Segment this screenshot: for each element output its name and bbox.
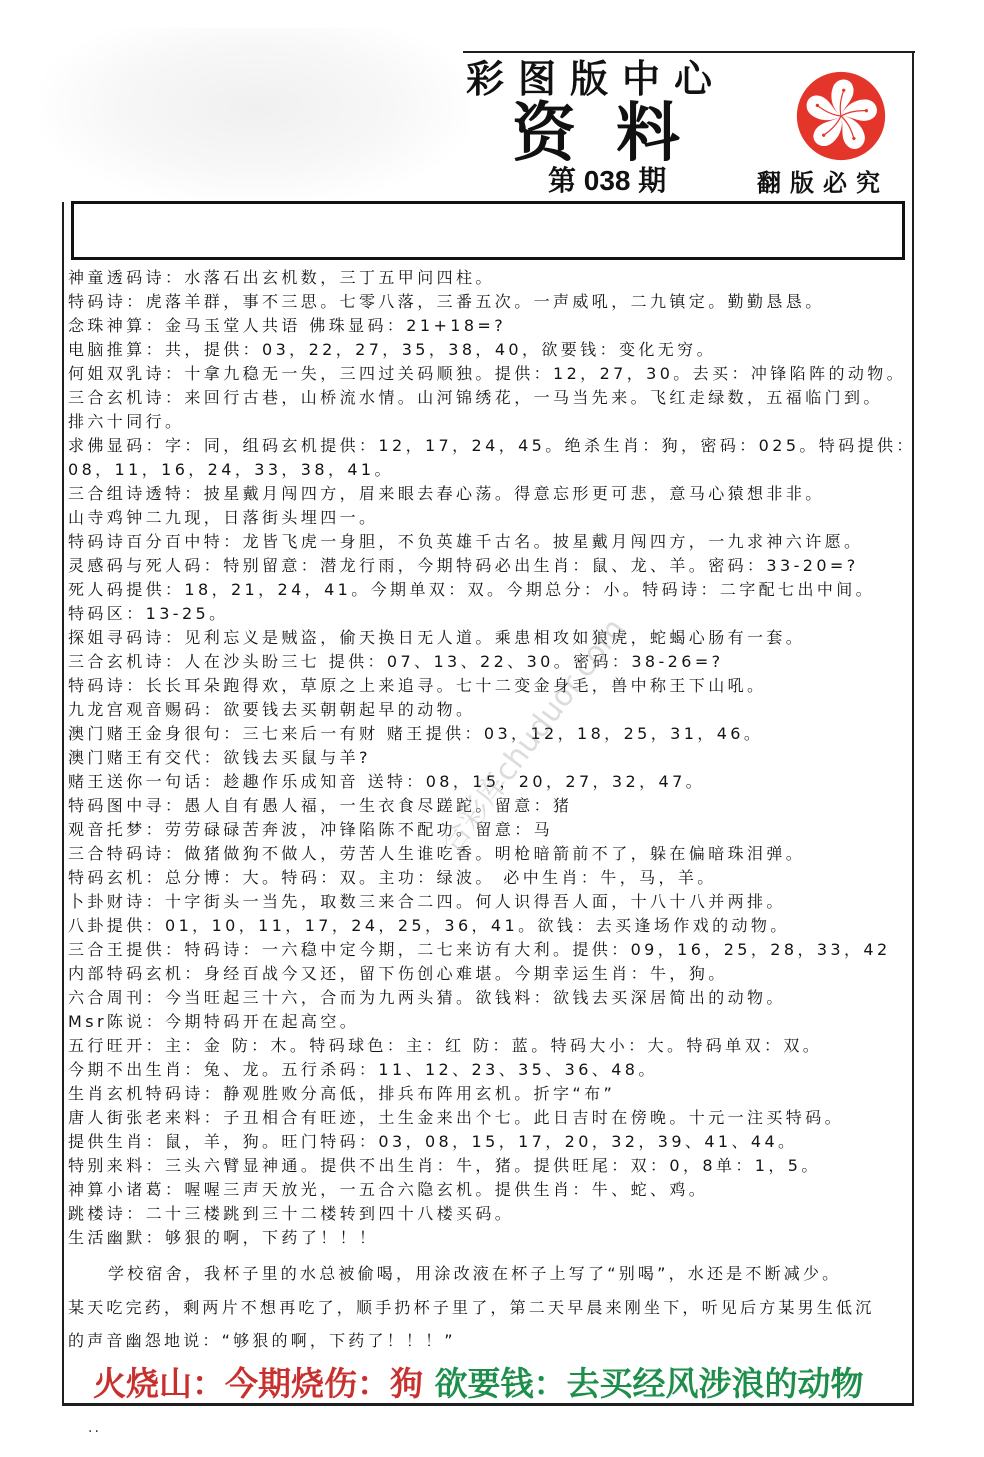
entry-content: 主：金 防：木。特码球色：主：红 防：蓝。特码大小：大。特码单双：双。 xyxy=(165,1036,822,1055)
banner-red-text: 火烧山：今期烧伤：狗 xyxy=(93,1364,423,1403)
entry-line: 神童透码诗：水落石出玄机数，三丁五甲问四柱。 xyxy=(68,266,913,290)
entry-content: 总分博：大。特码：双。主功：绿波。 必中生肖：牛，马，羊。 xyxy=(165,868,717,887)
entry-line: 生肖玄机特码诗：静观胜败分高低，排兵布阵用玄机。折字“布” xyxy=(68,1082,913,1106)
entry-content: 十拿九稳无一失，三四过关码顺独。提供：12，27，30。去买：冲锋陷阵的动物。 xyxy=(184,364,906,383)
frame-left-border xyxy=(62,202,64,1406)
entry-content: 水落石出玄机数，三丁五甲问四柱。 xyxy=(184,268,494,287)
header-subtitle: 资料 xyxy=(512,96,720,172)
entry-label: 念珠神算： xyxy=(68,316,165,335)
entry-content: 今当旺起三十六，合而为九两头猜。欲钱料：欲钱去买深居简出的动物。 xyxy=(165,988,786,1007)
entry-line: 山寺鸡钟二九现，日落街头埋四一。 xyxy=(68,506,913,530)
entry-line: 三合玄机诗：人在沙头盼三七 提供：07、13、22、30。密码：38-26=? xyxy=(68,650,913,674)
entry-content: 身经百战今又还，留下伤创心难堪。今期幸运生肖：牛，狗。 xyxy=(204,964,728,983)
entry-content: 愚人自有愚人福，一生衣食尽蹉跎。留意：猪 xyxy=(184,796,572,815)
entry-line: 特码诗百分百中特：龙皆飞虎一身胆，不负英雄千古名。披星戴月闯四方，一九求神六许愿… xyxy=(68,530,913,554)
entry-line: Msr陈说：今期特码开在起高空。 xyxy=(68,1010,913,1034)
entry-label: 神算小诸葛： xyxy=(68,1180,184,1199)
entry-label: Msr陈说： xyxy=(68,1012,165,1031)
entry-label: 澳门赌王金身很句： xyxy=(68,724,243,743)
entry-label: 何姐双乳诗： xyxy=(68,364,184,383)
entry-content: 披星戴月闯四方，眉来眼去春心荡。得意忘形更可悲，意马心猿想非非。 xyxy=(204,484,825,503)
entry-label: 内部特码玄机： xyxy=(68,964,204,983)
entry-content: 龙皆飞虎一身胆，不负英雄千古名。披星戴月闯四方，一九求神六许愿。 xyxy=(243,532,864,551)
entry-content: 特码诗：一六稳中定今期，二七来访有大利。提供：09，16，25，28，33，42 xyxy=(184,940,890,959)
entry-content: 静观胜败分高低，排兵布阵用玄机。折字“布” xyxy=(223,1084,615,1103)
copyright-notice: 翻版必究 xyxy=(757,168,889,198)
entry-line: 赌王送你一句话：趁趣作乐成知音 送特：08，15，20，27，32，47。 xyxy=(68,770,913,794)
bauhinia-flower-icon xyxy=(791,70,891,162)
entry-content: 见利忘义是贼盗，偷天换日无人道。乘患相攻如狼虎，蛇蝎心肠有一套。 xyxy=(184,628,805,647)
entry-content: 三头六臂显神通。提供不出生肖：牛，猪。提供旺尾：双：0，8单：1，5。 xyxy=(165,1156,821,1175)
entry-label: 卜卦财诗： xyxy=(68,892,165,911)
entry-label: 三合玄机诗： xyxy=(68,652,184,671)
issue-number: 第 038 期 xyxy=(548,164,666,198)
banner-green-text: 欲要钱：去买经风涉浪的动物 xyxy=(435,1364,864,1403)
entry-label: 六合周刊： xyxy=(68,988,165,1007)
entry-line: 三合玄机诗：来回行古巷，山桥流水情。山河锦绣花，一马当先来。飞红走绿数，五福临门… xyxy=(68,386,913,410)
entry-label: 赌王送你一句话： xyxy=(68,772,223,791)
entry-content: 字：同，组码玄机提供：12，17，24，45。绝杀生肖：狗，密码：025。特码提… xyxy=(165,436,916,455)
entry-label: 九龙宫观音赐码： xyxy=(68,700,223,719)
entry-line: 五行旺开：主：金 防：木。特码球色：主：红 防：蓝。特码大小：大。特码单双：双。 xyxy=(68,1034,913,1058)
entry-line: 死人码提供：18，21，24，41。今期单双：双。今期总分：小。特码诗：二字配七… xyxy=(68,578,913,602)
footer-mark: ·· xyxy=(88,1424,101,1440)
entry-label: 澳门赌王有交代： xyxy=(68,748,223,767)
notice-box xyxy=(71,201,905,260)
entry-line: 电脑推算：共，提供：03，22，27，35，38，40，欲要钱：变化无穷。 xyxy=(68,338,913,362)
entry-label: 神童透码诗： xyxy=(68,268,184,287)
entry-content: 08，11，16，24，33，38，41。 xyxy=(68,460,394,479)
entry-line: 求佛显码：字：同，组码玄机提供：12，17，24，45。绝杀生肖：狗，密码：02… xyxy=(68,434,913,458)
entry-line: 特码图中寻：愚人自有愚人福，一生衣食尽蹉跎。留意：猪 xyxy=(68,794,913,818)
entry-content: 共，提供：03，22，27，35，38，40，欲要钱：变化无穷。 xyxy=(165,340,716,359)
entry-line: 排六十同行。 xyxy=(68,410,913,434)
entry-line: 八卦提供：01，10，11，17，24，25，36，41。欲钱：去买逢场作戏的动… xyxy=(68,914,913,938)
joke-line: 某天吃完药，剩两片不想再吃了，顺手扔杯子里了，第二天早晨来刚坐下，听见后方某男生… xyxy=(68,1291,913,1325)
entry-label: 电脑推算： xyxy=(68,340,165,359)
entry-content: 欲要钱去买朝朝起早的动物。 xyxy=(223,700,475,719)
entry-content: 山寺鸡钟二九现，日落街头埋四一。 xyxy=(68,508,378,527)
entry-content: 长长耳朵跑得欢，草原之上来追寻。七十二变金身毛，兽中称王下山吼。 xyxy=(146,676,767,695)
entry-label: 生肖玄机特码诗： xyxy=(68,1084,223,1103)
entry-label: 灵感码与死人码： xyxy=(68,556,223,575)
entry-line: 三合王提供：特码诗：一六稳中定今期，二七来访有大利。提供：09，16，25，28… xyxy=(68,938,913,962)
entry-content: 虎落羊群，事不三思。七零八落，三番五次。一声威吼，二九镇定。勤勤恳恳。 xyxy=(146,292,825,311)
entry-label: 提供生肖： xyxy=(68,1132,165,1151)
bottom-banner: 火烧山：今期烧伤：狗 欲要钱：去买经风涉浪的动物 xyxy=(93,1362,864,1406)
entry-line: 内部特码玄机：身经百战今又还，留下伤创心难堪。今期幸运生肖：牛，狗。 xyxy=(68,962,913,986)
entry-label: 求佛显码： xyxy=(68,436,165,455)
entry-content: 今期特码开在起高空。 xyxy=(165,1012,359,1031)
entry-line: 08，11，16，24，33，38，41。 xyxy=(68,458,913,482)
entry-line: 六合周刊：今当旺起三十六，合而为九两头猜。欲钱料：欲钱去买深居简出的动物。 xyxy=(68,986,913,1010)
entry-line: 特码诗：长长耳朵跑得欢，草原之上来追寻。七十二变金身毛，兽中称王下山吼。 xyxy=(68,674,913,698)
entry-label: 特码区： xyxy=(68,604,146,623)
entry-label: 特码诗： xyxy=(68,292,146,311)
entry-label: 三合玄机诗： xyxy=(68,388,184,407)
joke-line: 学校宿舍，我杯子里的水总被偷喝，用涂改液在杯子上写了“别喝”，水还是不断减少。 xyxy=(68,1257,913,1291)
entry-content: 金马玉堂人共语 佛珠显码：21+18=? xyxy=(165,316,506,335)
entry-label: 三合特码诗： xyxy=(68,844,184,863)
entry-line: 卜卦财诗：十字街头一当先，取数三来合二四。何人识得吾人面，十八十八并两排。 xyxy=(68,890,913,914)
entry-content: 人在沙头盼三七 提供：07、13、22、30。密码：38-26=? xyxy=(184,652,723,671)
entry-content: 二十三楼跳到三十二楼转到四十八楼买码。 xyxy=(146,1204,515,1223)
entry-label: 特别来料： xyxy=(68,1156,165,1175)
entry-content: 三七来后一有财 赌王提供：03，12，18，25，31，46。 xyxy=(243,724,764,743)
entry-line: 生活幽默：够狠的啊，下药了！！！ xyxy=(68,1226,913,1250)
entry-line: 何姐双乳诗：十拿九稳无一失，三四过关码顺独。提供：12，27，30。去买：冲锋陷… xyxy=(68,362,913,386)
entry-content: 18，21，24，41。今期单双：双。今期总分：小。特码诗：二字配七出中间。 xyxy=(184,580,875,599)
entry-content: 鼠，羊，狗。旺门特码：03，08，15，17，20，32，39、41、44。 xyxy=(165,1132,797,1151)
entries-list: 神童透码诗：水落石出玄机数，三丁五甲问四柱。 特码诗：虎落羊群，事不三思。七零八… xyxy=(68,266,913,1250)
entry-content: 子丑相合有旺迹，土生金来出个七。此日吉时在傍晚。十元一注买特码。 xyxy=(223,1108,844,1127)
entry-label: 八卦提供： xyxy=(68,916,165,935)
entry-content: 十字街头一当先，取数三来合二四。何人识得吾人面，十八十八并两排。 xyxy=(165,892,786,911)
entry-line: 今期不出生肖：兔、龙。五行杀码：11、12、23、35、36、48。 xyxy=(68,1058,913,1082)
entry-line: 探姐寻码诗：见利忘义是贼盗，偷天换日无人道。乘患相攻如狼虎，蛇蝎心肠有一套。 xyxy=(68,626,913,650)
entry-line: 跳楼诗：二十三楼跳到三十二楼转到四十八楼买码。 xyxy=(68,1202,913,1226)
entry-label: 观音托梦： xyxy=(68,820,165,839)
entry-line: 神算小诸葛：喔喔三声天放光，一五合六隐玄机。提供生肖：牛、蛇、鸡。 xyxy=(68,1178,913,1202)
entry-content: 喔喔三声天放光，一五合六隐玄机。提供生肖：牛、蛇、鸡。 xyxy=(184,1180,708,1199)
entry-content: 劳劳碌碌苦奔波，冲锋陷陈不配功。留意：马 xyxy=(165,820,553,839)
entry-content: 排六十同行。 xyxy=(68,412,184,431)
entry-content: 兔、龙。五行杀码：11、12、23、35、36、48。 xyxy=(204,1060,658,1079)
entry-line: 特码玄机：总分博：大。特码：双。主功：绿波。 必中生肖：牛，马，羊。 xyxy=(68,866,913,890)
entry-label: 死人码提供： xyxy=(68,580,184,599)
joke-paragraph: 学校宿舍，我杯子里的水总被偷喝，用涂改液在杯子上写了“别喝”，水还是不断减少。 … xyxy=(68,1257,913,1358)
entry-label: 跳楼诗： xyxy=(68,1204,146,1223)
entry-label: 特码诗百分百中特： xyxy=(68,532,243,551)
joke-line: 的声音幽怨地说：“够狠的啊，下药了！！！” xyxy=(68,1324,913,1358)
entry-line: 特码诗：虎落羊群，事不三思。七零八落，三番五次。一声威吼，二九镇定。勤勤恳恳。 xyxy=(68,290,913,314)
entry-line: 念珠神算：金马玉堂人共语 佛珠显码：21+18=? xyxy=(68,314,913,338)
entry-line: 澳门赌王金身很句：三七来后一有财 赌王提供：03，12，18，25，31，46。 xyxy=(68,722,913,746)
entry-label: 特码图中寻： xyxy=(68,796,184,815)
entry-label: 今期不出生肖： xyxy=(68,1060,204,1079)
entry-label: 五行旺开： xyxy=(68,1036,165,1055)
entry-content: 01，10，11，17，24，25，36，41。欲钱：去买逢场作戏的动物。 xyxy=(165,916,790,935)
entry-line: 观音托梦：劳劳碌碌苦奔波，冲锋陷陈不配功。留意：马 xyxy=(68,818,913,842)
entry-content: 特别留意：潜龙行雨，今期特码必出生肖：鼠、龙、羊。密码：33-20=? xyxy=(223,556,858,575)
entry-content: 做猪做狗不做人，劳苦人生谁吃香。明枪暗箭前不了，躲在偏暗珠泪弹。 xyxy=(184,844,805,863)
entry-line: 唐人街张老来料：子丑相合有旺迹，土生金来出个七。此日吉时在傍晚。十元一注买特码。 xyxy=(68,1106,913,1130)
entry-label: 特码诗： xyxy=(68,676,146,695)
entry-line: 提供生肖：鼠，羊，狗。旺门特码：03，08，15，17，20，32，39、41、… xyxy=(68,1130,913,1154)
entry-line: 三合组诗透特：披星戴月闯四方，眉来眼去春心荡。得意忘形更可悲，意马心猿想非非。 xyxy=(68,482,913,506)
entry-content: 够狠的啊，下药了！！！ xyxy=(165,1228,378,1247)
entry-content: 趁趣作乐成知音 送特：08，15，20，27，32，47。 xyxy=(223,772,705,791)
entry-content: 13-25。 xyxy=(146,604,229,623)
entry-line: 特别来料：三头六臂显神通。提供不出生肖：牛，猪。提供旺尾：双：0，8单：1，5。 xyxy=(68,1154,913,1178)
entry-label: 特码玄机： xyxy=(68,868,165,887)
entry-content: 来回行古巷，山桥流水情。山河锦绣花，一马当先来。飞红走绿数，五福临门到。 xyxy=(184,388,882,407)
entry-label: 三合组诗透特： xyxy=(68,484,204,503)
entry-line: 特码区：13-25。 xyxy=(68,602,913,626)
entry-content: 欲钱去买鼠与羊? xyxy=(223,748,371,767)
header-top-border xyxy=(463,51,915,53)
entry-line: 九龙宫观音赐码：欲要钱去买朝朝起早的动物。 xyxy=(68,698,913,722)
entry-label: 探姐寻码诗： xyxy=(68,628,184,647)
entry-line: 灵感码与死人码：特别留意：潜龙行雨，今期特码必出生肖：鼠、龙、羊。密码：33-2… xyxy=(68,554,913,578)
entry-label: 唐人街张老来料： xyxy=(68,1108,223,1127)
scan-haze xyxy=(40,28,470,203)
entry-label: 生活幽默： xyxy=(68,1228,165,1247)
entry-label: 三合王提供： xyxy=(68,940,184,959)
entry-line: 澳门赌王有交代：欲钱去买鼠与羊? xyxy=(68,746,913,770)
entry-line: 三合特码诗：做猪做狗不做人，劳苦人生谁吃香。明枪暗箭前不了，躲在偏暗珠泪弹。 xyxy=(68,842,913,866)
